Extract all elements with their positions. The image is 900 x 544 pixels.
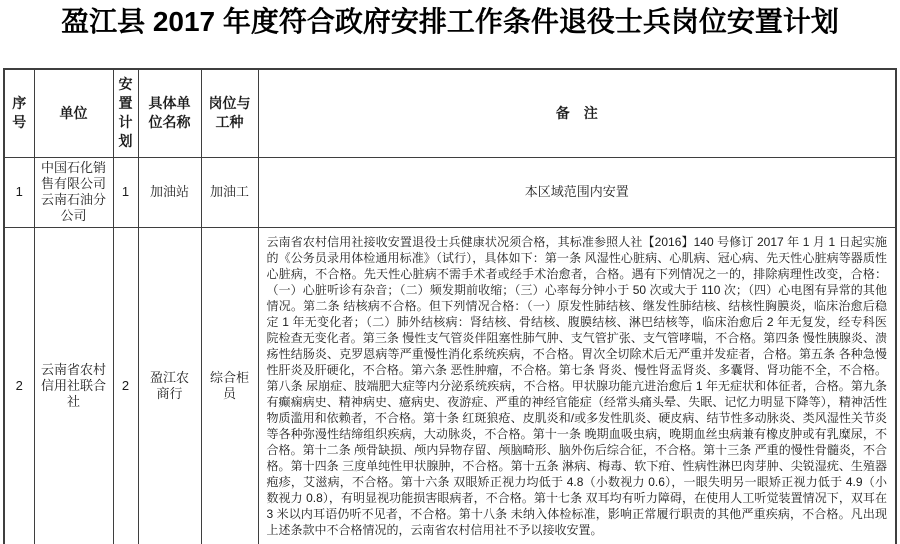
cell-seq-number: 1 xyxy=(4,157,34,227)
cell-post-and-trade: 加油工 xyxy=(201,157,258,227)
cell-placement-plan: 2 xyxy=(113,227,138,544)
header-unit: 单位 xyxy=(34,69,113,157)
table-row: 2 云南省农村信用社联合社 2 盈江农商行 综合柜员 云南省农村信用社接收安置退… xyxy=(4,227,896,544)
cell-remark: 云南省农村信用社接收安置退役士兵健康状况须合格，其标准参照人社【2016】140… xyxy=(258,227,896,544)
cell-unit: 中国石化销售有限公司云南石油分公司 xyxy=(34,157,113,227)
document-page: 盈江县 2017 年度符合政府安排工作条件退役士兵岗位安置计划 序号 单位 安置… xyxy=(0,3,900,544)
header-remark: 备 注 xyxy=(258,69,896,157)
cell-post-and-trade: 综合柜员 xyxy=(201,227,258,544)
table-header-row: 序号 单位 安置计划 具体单位名称 岗位与工种 备 注 xyxy=(4,69,896,157)
header-post-and-trade: 岗位与工种 xyxy=(201,69,258,157)
cell-specific-unit-name: 盈江农商行 xyxy=(138,227,201,544)
cell-specific-unit-name: 加油站 xyxy=(138,157,201,227)
placement-table: 序号 单位 安置计划 具体单位名称 岗位与工种 备 注 1 中国石化销售有限公司… xyxy=(3,68,897,544)
page-title: 盈江县 2017 年度符合政府安排工作条件退役士兵岗位安置计划 xyxy=(0,3,900,41)
cell-remark: 本区域范围内安置 xyxy=(258,157,896,227)
cell-placement-plan: 1 xyxy=(113,157,138,227)
header-placement-plan: 安置计划 xyxy=(113,69,138,157)
table-row: 1 中国石化销售有限公司云南石油分公司 1 加油站 加油工 本区域范围内安置 xyxy=(4,157,896,227)
header-seq-number: 序号 xyxy=(4,69,34,157)
header-specific-unit-name: 具体单位名称 xyxy=(138,69,201,157)
cell-unit: 云南省农村信用社联合社 xyxy=(34,227,113,544)
cell-seq-number: 2 xyxy=(4,227,34,544)
